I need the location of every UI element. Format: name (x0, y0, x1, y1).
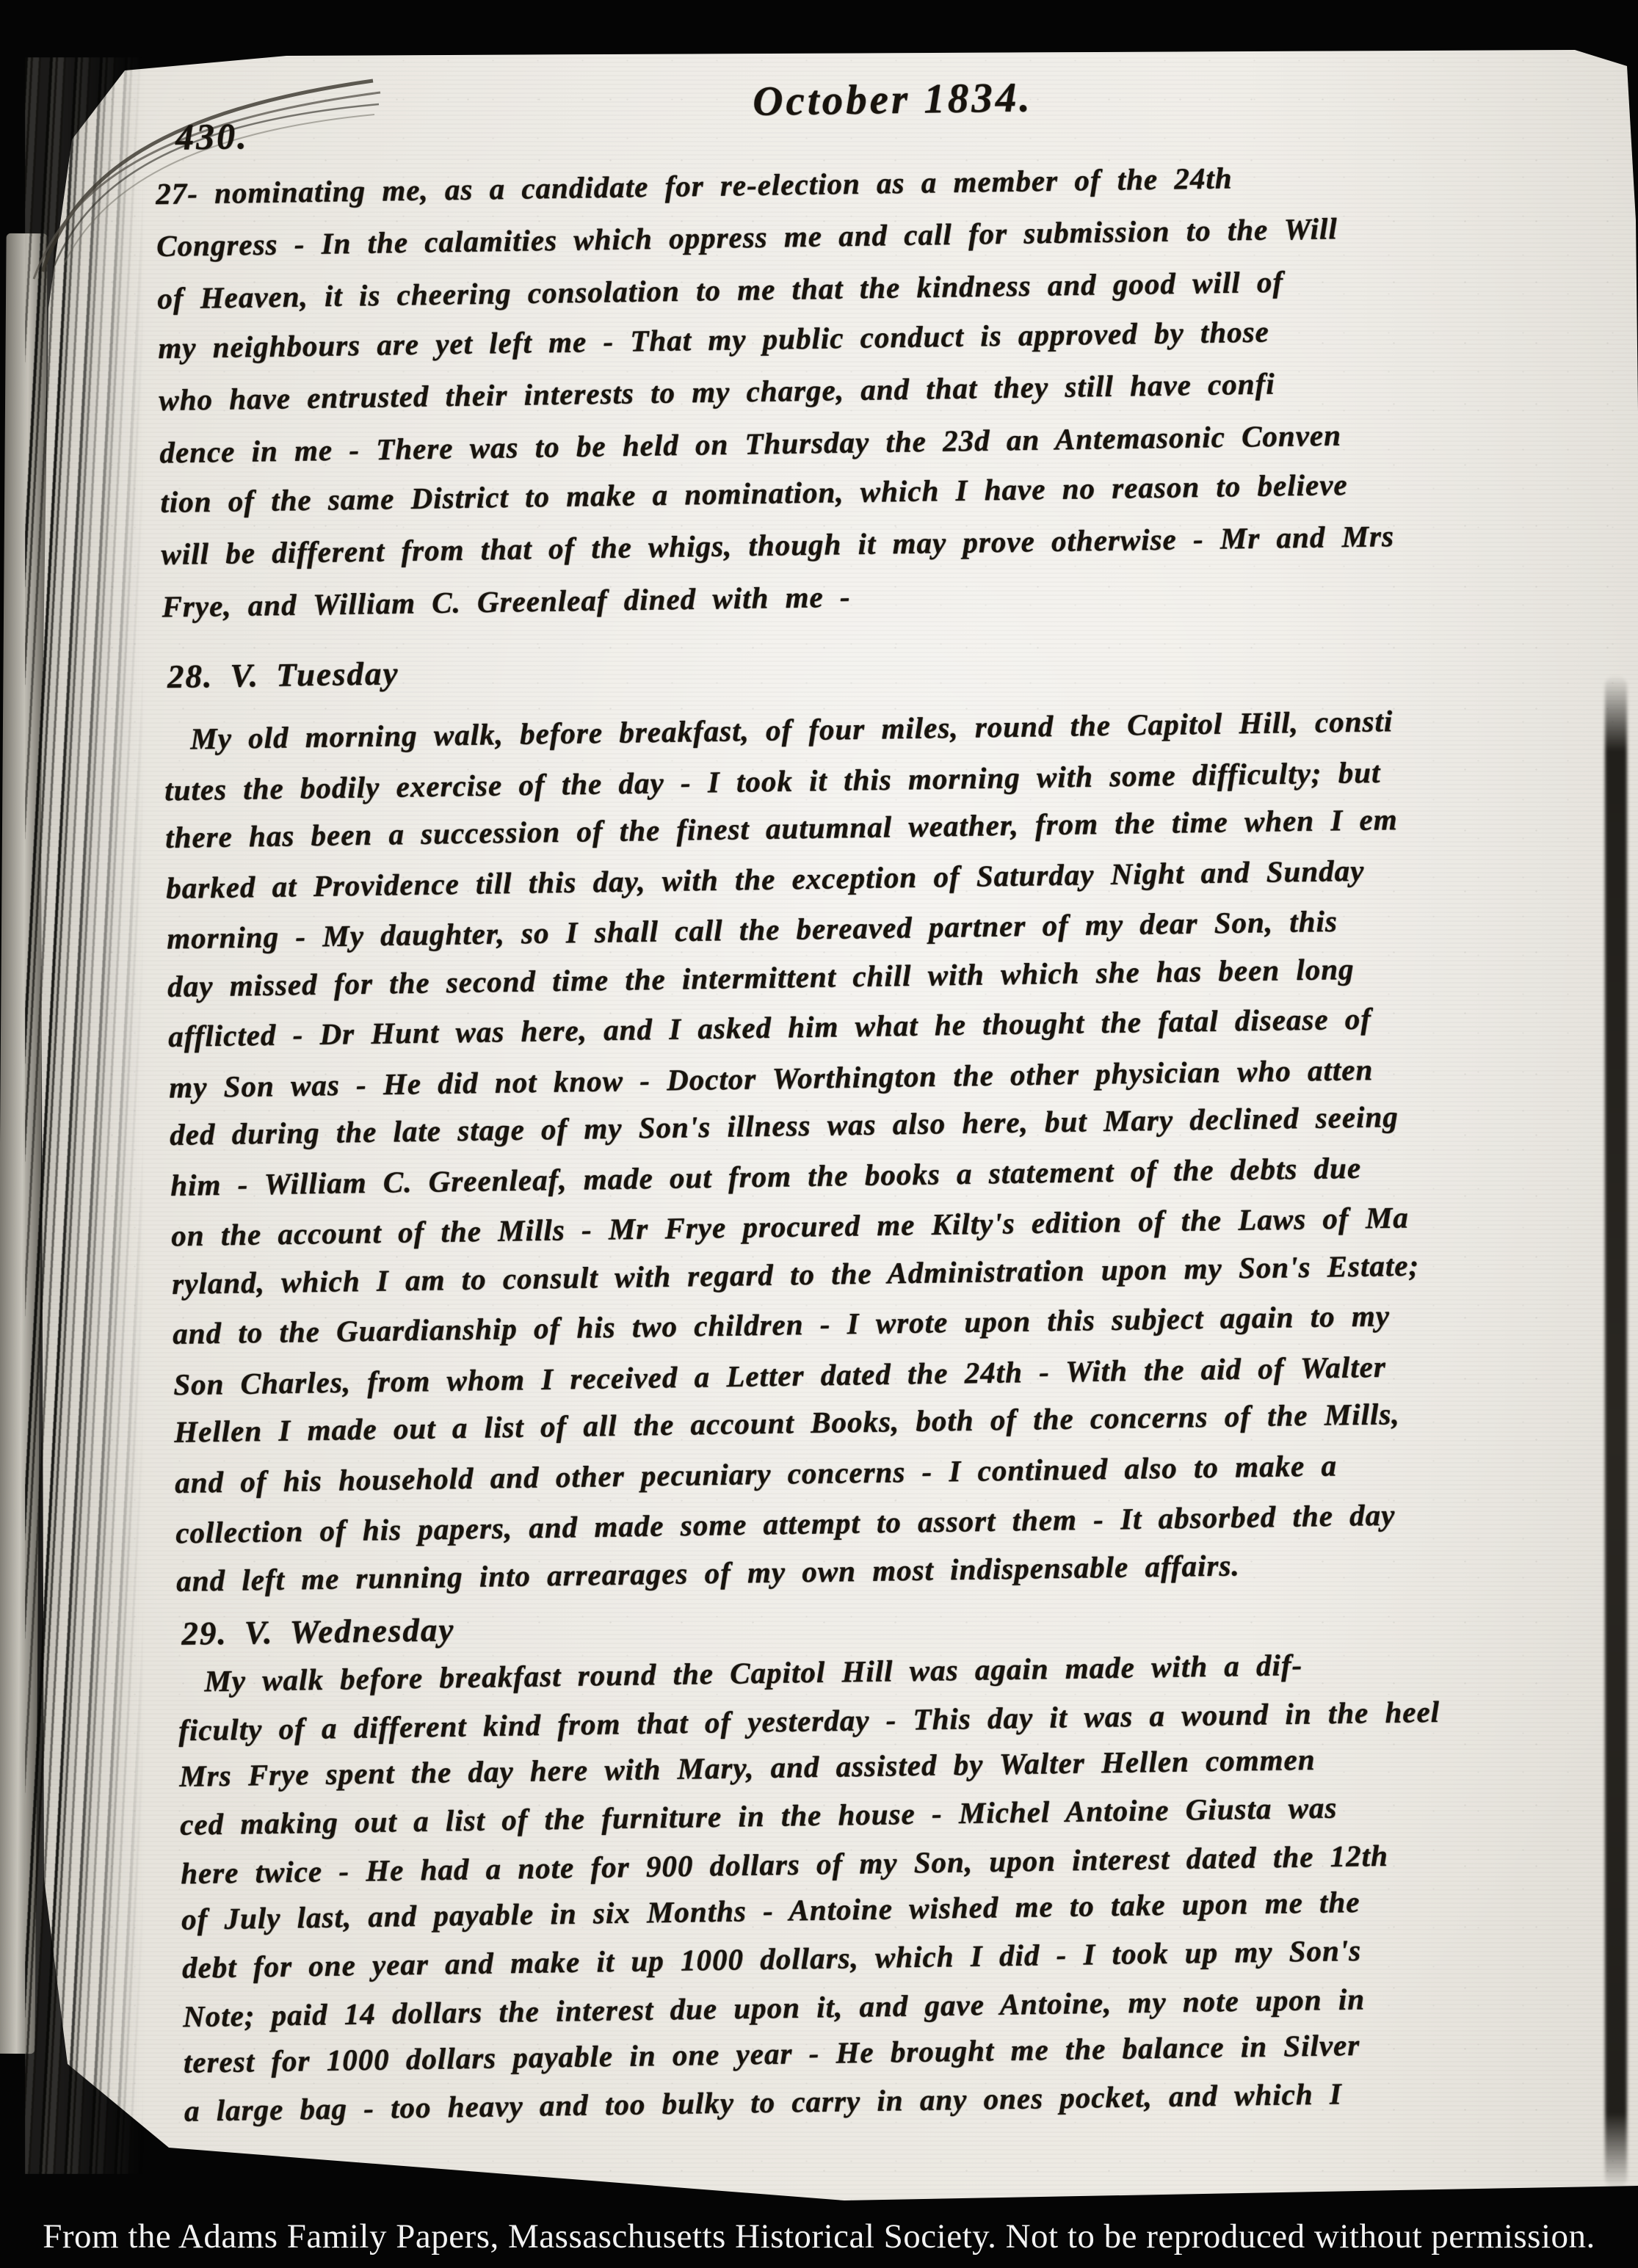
diary-entry: 28. V. TuesdayMy old morning walk, befor… (162, 629, 1608, 1607)
diary-entries: 27- nominating me, as a candidate for re… (156, 148, 1617, 2135)
scanned-diary-page: 430. October 1834. 27- nominating me, as… (0, 0, 1638, 2268)
diary-entry: 29. V. WednesdayMy walk before breakfast… (177, 1588, 1616, 2135)
header-date: October 1834. (753, 73, 1033, 126)
handwriting-block: 430. October 1834. 27- nominating me, as… (154, 65, 1616, 2135)
archive-caption: From the Adams Family Papers, Massaschus… (0, 2217, 1638, 2256)
diary-entry: 27- nominating me, as a candidate for re… (156, 148, 1594, 631)
page-number: 430. (175, 115, 249, 158)
entry-date-heading: 28. V. Tuesday (162, 629, 1595, 703)
book-gutter-shadow (25, 57, 154, 2174)
